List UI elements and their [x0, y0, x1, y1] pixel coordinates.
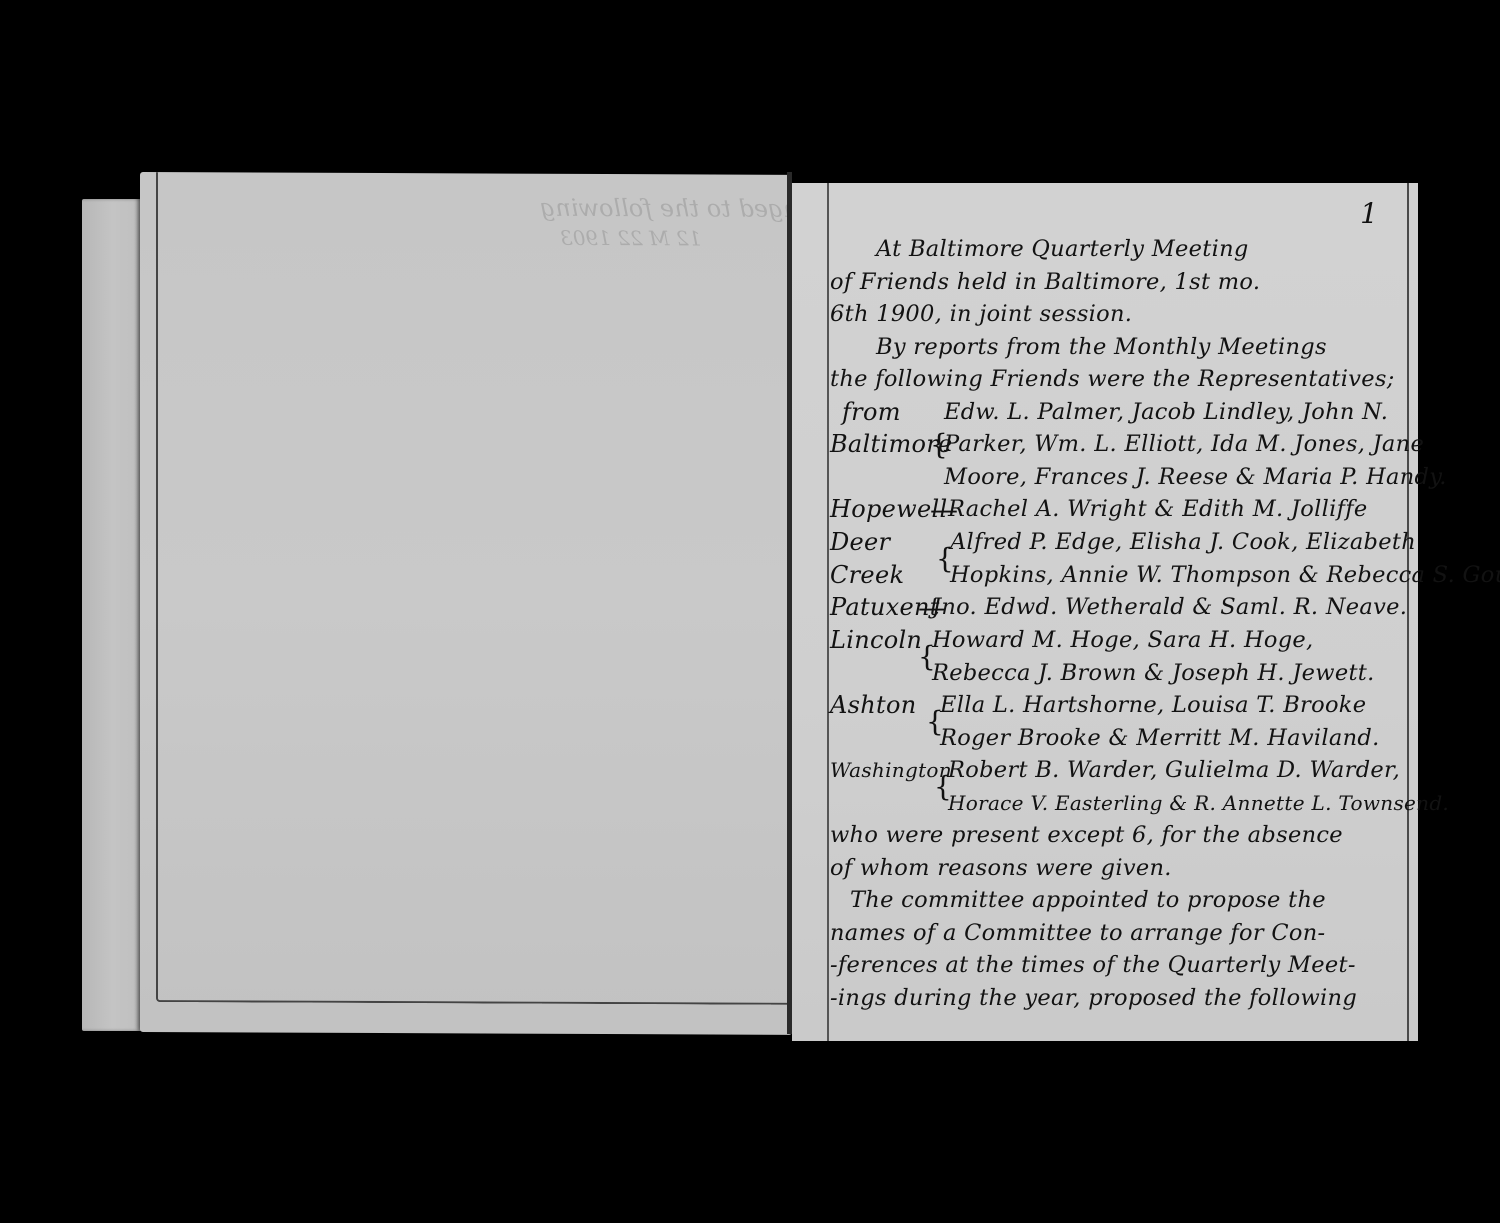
representative-names: Ella L. Hartshorne, Louisa T. Brooke Rog…	[940, 689, 1398, 754]
margin-rule	[827, 183, 829, 1041]
meeting-name: Lincoln	[830, 624, 918, 689]
meeting-name: from Baltimore	[830, 396, 930, 494]
meeting-name: Patuxent	[830, 591, 918, 624]
representative-entry-baltimore: from Baltimore { Edw. L. Palmer, Jacob L…	[830, 396, 1398, 494]
representative-entry-ashton: Ashton { Ella L. Hartshorne, Louisa T. B…	[830, 689, 1398, 754]
representative-entry-deer-creek: Deer Creek { Alfred P. Edge, Elisha J. C…	[830, 526, 1398, 591]
representative-names: Howard M. Hoge, Sara H. Hoge, Rebecca J.…	[932, 624, 1398, 689]
dash-icon: —	[930, 493, 944, 526]
brace-icon: {	[934, 754, 948, 819]
representative-names: Rachel A. Wright & Edith M. Jolliffe	[944, 493, 1398, 526]
right-page: 1 At Baltimore Quarterly Meeting of Frie…	[792, 183, 1418, 1041]
committee-line: -ings during the year, proposed the foll…	[830, 982, 1398, 1015]
page-number: 1	[1360, 197, 1378, 230]
heading-line: At Baltimore Quarterly Meeting	[830, 233, 1398, 266]
representative-names: Alfred P. Edge, Elisha J. Cook, Elizabet…	[950, 526, 1500, 591]
closing-line: of whom reasons were given.	[830, 852, 1398, 885]
brace-icon: {	[936, 526, 950, 591]
intro-line: By reports from the Monthly Meetings	[830, 331, 1398, 364]
meeting-name: Ashton	[830, 689, 926, 754]
left-page-blank: Changed to the following 12 M 22 1903	[140, 172, 792, 1035]
meeting-name: Deer Creek	[830, 526, 930, 591]
dash-icon: —	[918, 591, 932, 624]
representative-entry-hopewell: Hopewell — Rachel A. Wright & Edith M. J…	[830, 493, 1398, 526]
intro-line: the following Friends were the Represent…	[830, 363, 1398, 396]
representative-entry-lincoln: Lincoln { Howard M. Hoge, Sara H. Hoge, …	[830, 624, 1398, 689]
scanned-book-spread: Changed to the following 12 M 22 1903 1 …	[0, 0, 1500, 1223]
meeting-name: Washington	[830, 754, 934, 819]
heading-line: of Friends held in Baltimore, 1st mo.	[830, 266, 1398, 299]
brace-icon: {	[918, 624, 932, 689]
left-page-border	[156, 172, 792, 1005]
representative-names: Edw. L. Palmer, Jacob Lindley, John N. P…	[944, 396, 1447, 494]
meeting-name: Hopewell	[830, 493, 930, 526]
committee-line: The committee appointed to propose the	[830, 884, 1398, 917]
representative-entry-patuxent: Patuxent — Jno. Edwd. Wetherald & Saml. …	[830, 591, 1398, 624]
representative-names: Jno. Edwd. Wetherald & Saml. R. Neave.	[932, 591, 1407, 624]
representative-names: Robert B. Warder, Gulielma D. Warder, Ho…	[948, 754, 1449, 819]
brace-icon: {	[926, 689, 940, 754]
committee-line: -ferences at the times of the Quarterly …	[830, 949, 1398, 982]
minutes-text: At Baltimore Quarterly Meeting of Friend…	[830, 233, 1398, 1014]
committee-line: names of a Committee to arrange for Con-	[830, 917, 1398, 950]
closing-line: who were present except 6, for the absen…	[830, 819, 1398, 852]
page-edge-rule	[1407, 183, 1409, 1041]
heading-line: 6th 1900, in joint session.	[830, 298, 1398, 331]
representative-entry-washington: Washington { Robert B. Warder, Gulielma …	[830, 754, 1398, 819]
bleed-through-text: 12 M 22 1903	[560, 226, 701, 251]
